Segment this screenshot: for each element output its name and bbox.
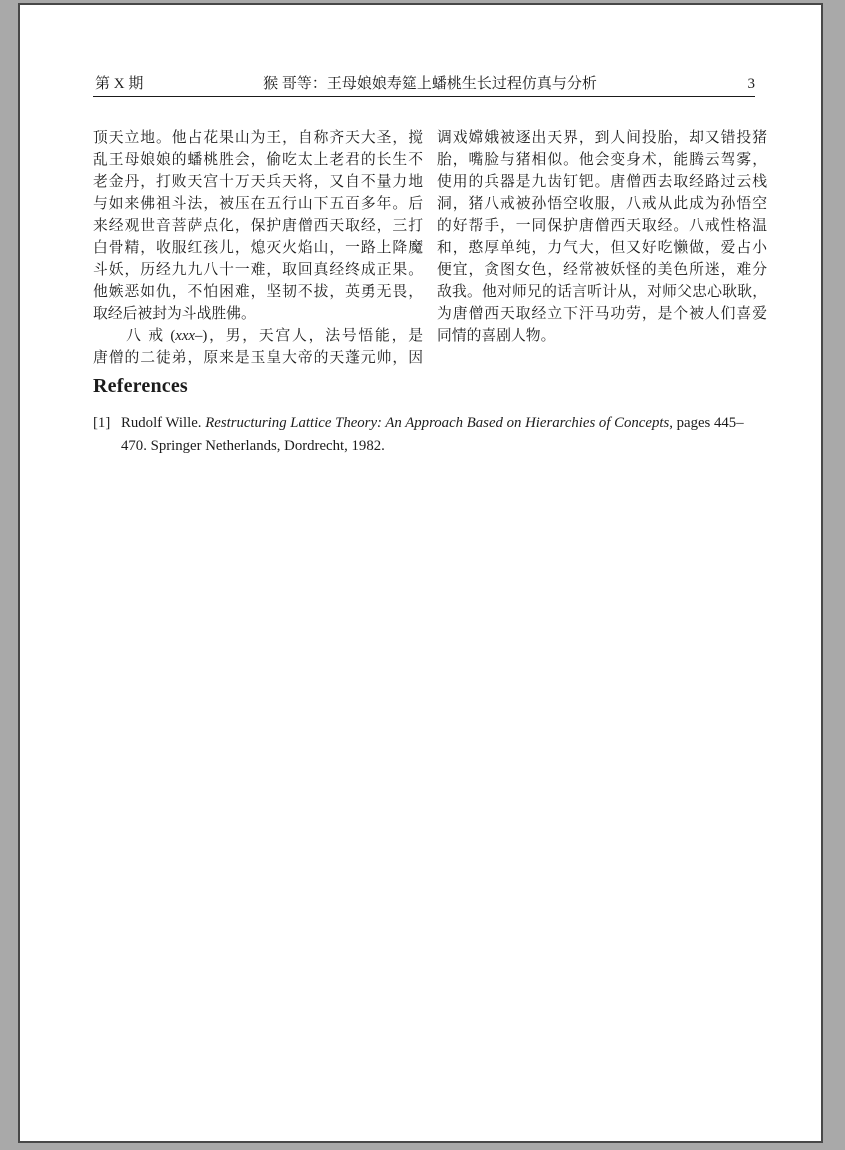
bib-entry-title: Restructuring Lattice Theory: An Approac…	[205, 415, 669, 431]
text-line: 顶天立地。他占花果山为王，自称齐天大圣，搅	[93, 127, 423, 149]
text-line: 来经观世音菩萨点化，保护唐僧西天取经，三打	[93, 215, 423, 237]
text-segment: –)，男，天宫人，法号悟能，是	[195, 328, 423, 344]
bibliography-entry: [1]Rudolf Wille. Restructuring Lattice T…	[93, 412, 767, 457]
math-italic-segment: xxx	[175, 328, 195, 344]
text-line: 老金丹，打败天宫十万天兵天将，又自不量力地	[93, 171, 423, 193]
text-line: 乱王母娘娘的蟠桃胜会，偷吃太上老君的长生不	[93, 149, 423, 171]
text-line: 便宜，贪图女色，经常被妖怪的美色所迷，难分	[437, 259, 767, 281]
header-title: 猴 哥等：王母娘娘寿筵上蟠桃生长过程仿真与分析	[93, 73, 767, 95]
right-column: 调戏嫦娥被逐出天界，到人间投胎，却又错投猪 胎，嘴脸与猪相似。他会变身术，能腾云…	[437, 127, 767, 369]
text-line: 白骨精，收服红孩儿，熄灭火焰山，一路上降魔	[93, 237, 423, 259]
page-content: 第 X 期 猴 哥等：王母娘娘寿筵上蟠桃生长过程仿真与分析 3 顶天立地。他占花…	[93, 5, 767, 457]
text-line: 为唐僧西天取经立下汗马功劳，是个被人们喜爱	[437, 303, 767, 325]
text-line: 同情的喜剧人物。	[437, 325, 767, 347]
text-line: 调戏嫦娥被逐出天界，到人间投胎，却又错投猪	[437, 127, 767, 149]
two-column-body: 顶天立地。他占花果山为王，自称齐天大圣，搅 乱王母娘娘的蟠桃胜会，偷吃太上老君的…	[93, 127, 767, 369]
text-line: 他嫉恶如仇，不怕困难，坚韧不拔，英勇无畏，	[93, 281, 423, 303]
text-line: 和，憨厚单纯，力气大，但又好吃懒做，爱占小	[437, 237, 767, 259]
text-line: 与如来佛祖斗法，被压在五行山下五百多年。后	[93, 193, 423, 215]
bib-entry-label: [1]	[93, 412, 121, 435]
text-line: 斗妖，历经九九八十一难，取回真经终成正果。	[93, 259, 423, 281]
text-line: 胎，嘴脸与猪相似。他会变身术，能腾云驾雾，	[437, 149, 767, 171]
references-heading: References	[93, 376, 767, 397]
text-segment: 八 戒 (	[93, 328, 175, 344]
header-page-number: 3	[748, 73, 756, 95]
text-line: 敌我。他对师兄的话言听计从，对师父忠心耿耿，	[437, 281, 767, 303]
text-line-paragraph-start: 八 戒 (xxx–)，男，天宫人，法号悟能，是	[93, 325, 423, 347]
left-column: 顶天立地。他占花果山为王，自称齐天大圣，搅 乱王母娘娘的蟠桃胜会，偷吃太上老君的…	[93, 127, 423, 369]
running-header: 第 X 期 猴 哥等：王母娘娘寿筵上蟠桃生长过程仿真与分析 3	[93, 73, 767, 95]
text-line: 使用的兵器是九齿钉钯。唐僧西去取经路过云栈	[437, 171, 767, 193]
text-line: 唐僧的二徒弟，原来是玉皇大帝的天蓬元帅，因	[93, 347, 423, 369]
text-line: 取经后被封为斗战胜佛。	[93, 303, 423, 325]
text-line: 洞，猪八戒被孙悟空收服，八戒从此成为孙悟空	[437, 193, 767, 215]
text-line: 的好帮手，一同保护唐僧西天取经。八戒性格温	[437, 215, 767, 237]
header-rule	[93, 96, 755, 97]
document-page: 第 X 期 猴 哥等：王母娘娘寿筵上蟠桃生长过程仿真与分析 3 顶天立地。他占花…	[18, 3, 823, 1143]
bib-entry-authors: Rudolf Wille.	[121, 415, 205, 431]
